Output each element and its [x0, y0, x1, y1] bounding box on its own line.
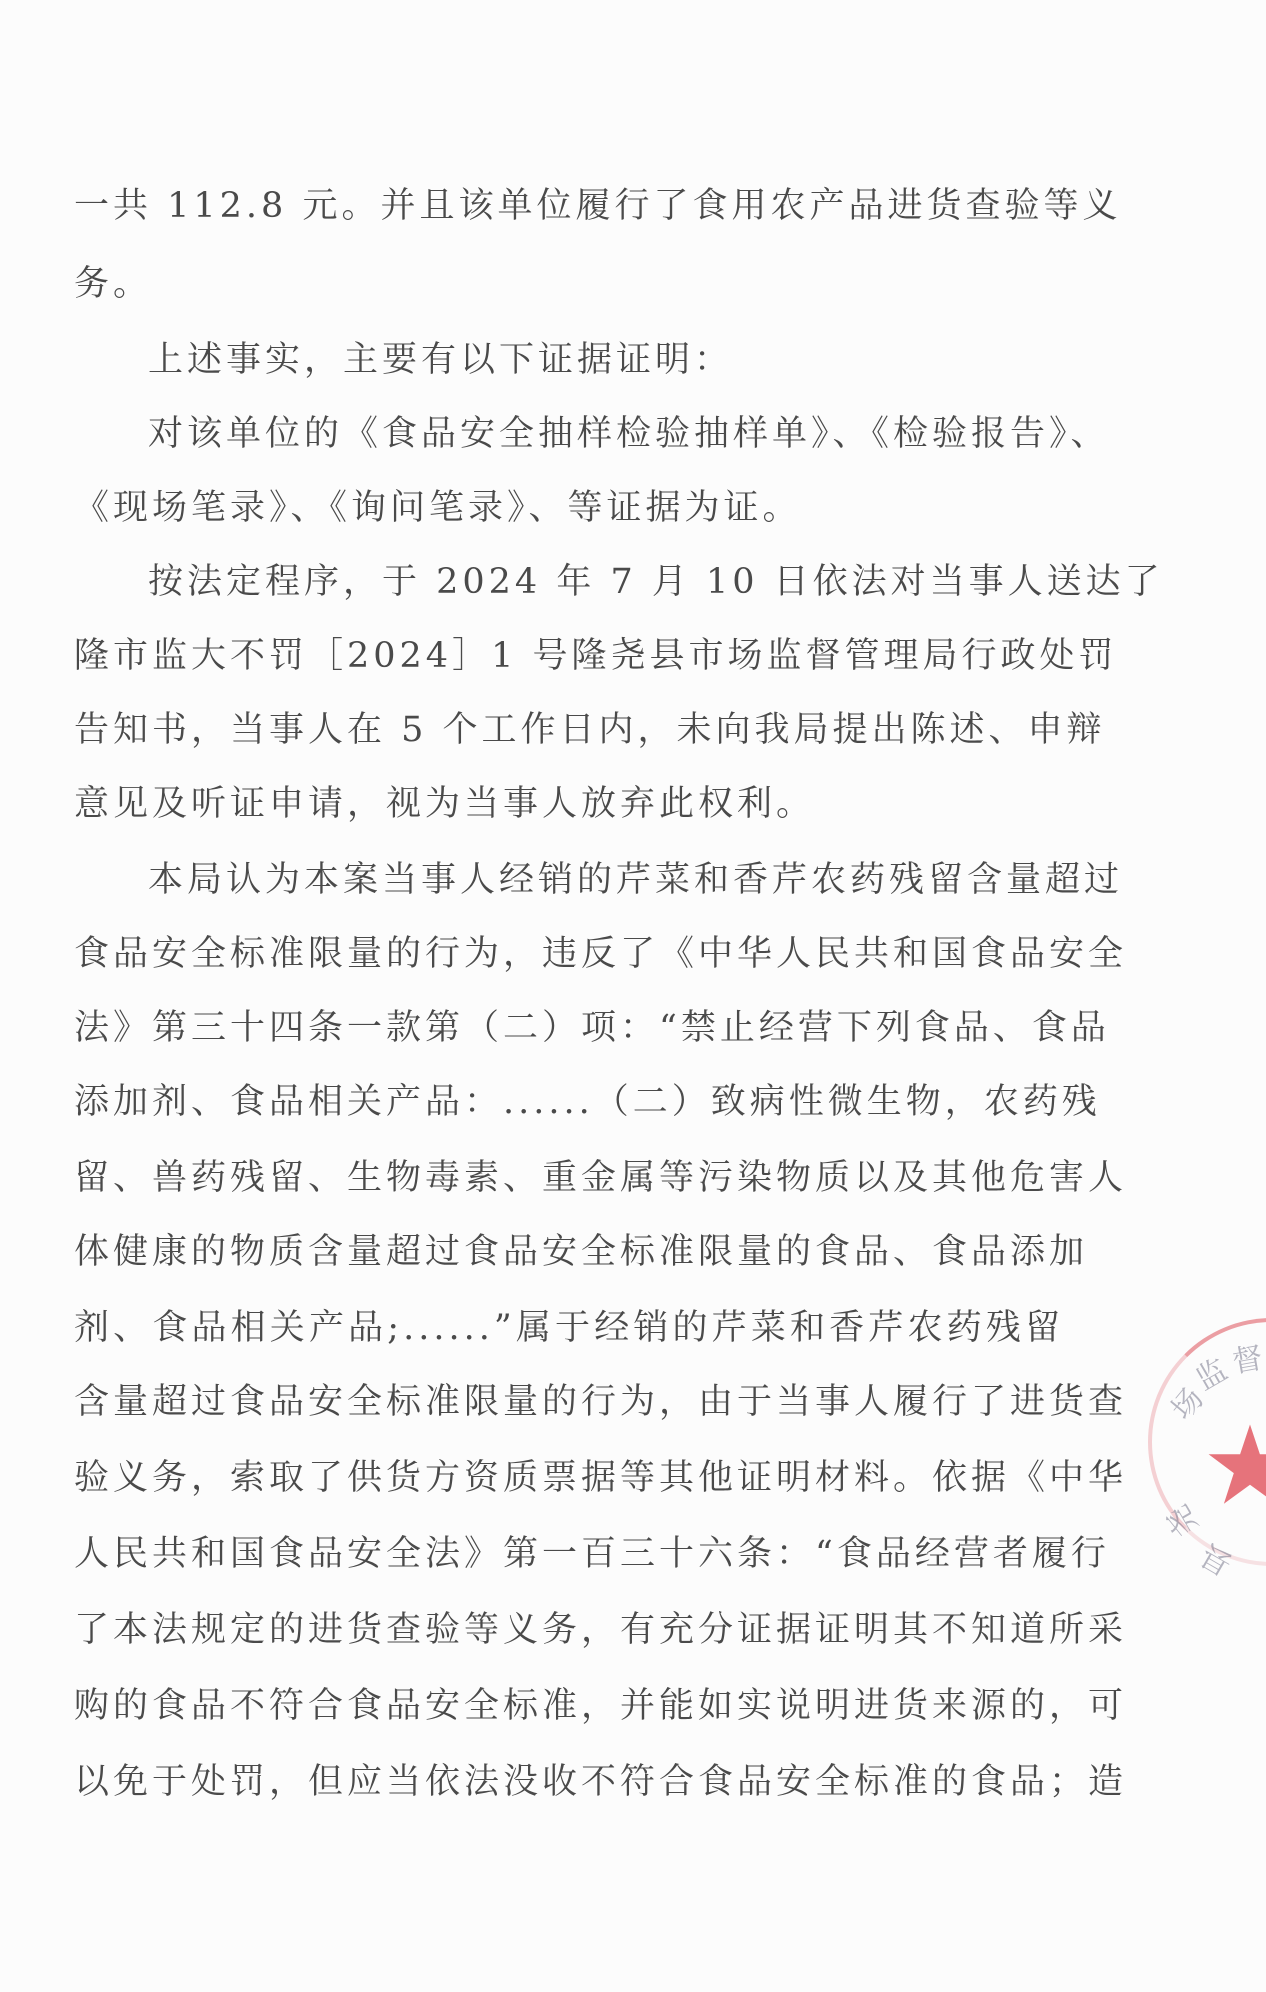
text-line: 按法定程序，于 2024 年 7 月 10 日依法对当事人送达了	[148, 560, 1064, 604]
text-line: 购的食品不符合食品安全标准，并能如实说明进货来源的，可	[74, 1684, 1064, 1728]
text-line: 剂、食品相关产品;......”属于经销的芹菜和香芹农药残留	[74, 1306, 1064, 1350]
text-line: 《现场笔录》、《询问笔录》、等证据为证。	[74, 486, 1064, 530]
text-line: 人民共和国食品安全法》第一百三十六条：“食品经营者履行	[74, 1532, 1064, 1576]
text-line: 务。	[74, 262, 1064, 306]
text-line: 本局认为本案当事人经销的芹菜和香芹农药残留含量超过	[148, 858, 1064, 902]
text-line: 留、兽药残留、生物毒素、重金属等污染物质以及其他危害人	[74, 1156, 1064, 1200]
text-line: 含量超过食品安全标准限量的行为，由于当事人履行了进货查	[74, 1380, 1064, 1424]
text-line: 上述事实，主要有以下证据证明：	[148, 338, 1064, 382]
text-line: 体健康的物质含量超过食品安全标准限量的食品、食品添加	[74, 1230, 1064, 1274]
text-line: 添加剂、食品相关产品：......（二）致病性微生物，农药残	[74, 1080, 1064, 1124]
seal-star-icon	[1205, 1420, 1266, 1510]
document-page: 场 监 督 尧 县 一共 112.8 元。并且该单位履行了食用农产品进货查验等义…	[0, 0, 1266, 1992]
text-line: 一共 112.8 元。并且该单位履行了食用农产品进货查验等义	[74, 184, 1064, 228]
text-line: 以免于处罚，但应当依法没收不符合食品安全标准的食品；造	[74, 1760, 1064, 1804]
text-line: 意见及听证申请，视为当事人放弃此权利。	[74, 782, 1064, 826]
text-line: 对该单位的《食品安全抽样检验抽样单》、《检验报告》、	[148, 412, 1064, 456]
text-line: 了本法规定的进货查验等义务，有充分证据证明其不知道所采	[74, 1608, 1064, 1652]
text-line: 告知书，当事人在 5 个工作日内，未向我局提出陈述、申辩	[74, 708, 1064, 752]
text-line: 验义务，索取了供货方资质票据等其他证明材料。依据《中华	[74, 1456, 1064, 1500]
text-line: 隆市监大不罚［2024］1 号隆尧县市场监督管理局行政处罚	[74, 634, 1064, 678]
text-line: 法》第三十四条一款第（二）项：“禁止经营下列食品、食品	[74, 1006, 1064, 1050]
text-line: 食品安全标准限量的行为，违反了《中华人民共和国食品安全	[74, 932, 1064, 976]
